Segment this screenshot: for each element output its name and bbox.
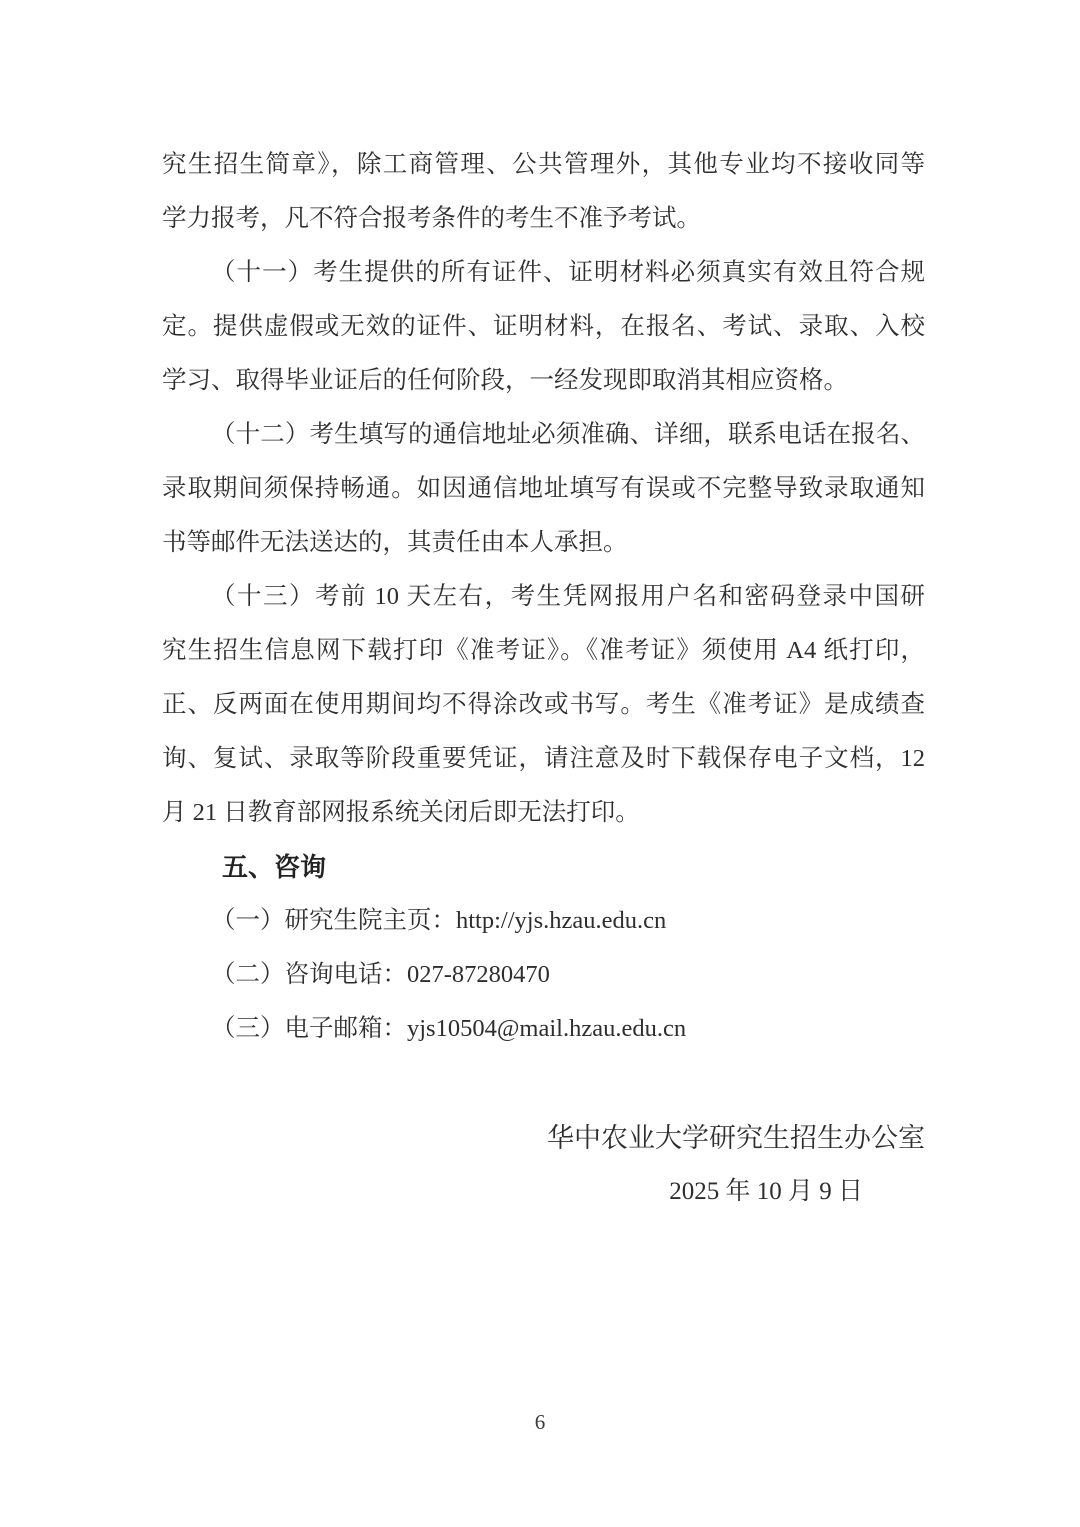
body-line: 录取期间须保持畅通。如因通信地址填写有误或不完整导致录取通知 xyxy=(162,462,925,516)
signature: 华中农业大学研究生招生办公室 xyxy=(162,1111,925,1165)
contact-phone: （二）咨询电话：027-87280470 xyxy=(162,948,925,1002)
document-page: 究生招生简章》，除工商管理、公共管理外，其他专业均不接收同等 学力报考，凡不符合… xyxy=(0,0,1080,1527)
body-line: 月 21 日教育部网报系统关闭后即无法打印。 xyxy=(162,786,925,840)
document-body: 究生招生简章》，除工商管理、公共管理外，其他专业均不接收同等 学力报考，凡不符合… xyxy=(162,138,925,1219)
date-line: 2025 年 10 月 9 日 xyxy=(162,1165,925,1219)
body-line: 学习、取得毕业证后的任何阶段，一经发现即取消其相应资格。 xyxy=(162,354,925,408)
page-number: 6 xyxy=(0,1410,1080,1435)
body-line: 书等邮件无法送达的，其责任由本人承担。 xyxy=(162,516,925,570)
body-line: 正、反两面在使用期间均不得涂改或书写。考生《准考证》是成绩查 xyxy=(162,678,925,732)
blank-space xyxy=(162,1056,925,1111)
section-heading: 五、咨询 xyxy=(162,840,925,894)
paragraph-start-line: （十一）考生提供的所有证件、证明材料必须真实有效且符合规 xyxy=(162,246,925,300)
contact-email: （三）电子邮箱：yjs10504@mail.hzau.edu.cn xyxy=(162,1002,925,1056)
paragraph-start-line: （十三）考前 10 天左右，考生凭网报用户名和密码登录中国研 xyxy=(162,570,925,624)
body-line: 究生招生简章》，除工商管理、公共管理外，其他专业均不接收同等 xyxy=(162,138,925,192)
paragraph-start-line: （十二）考生填写的通信地址必须准确、详细，联系电话在报名、 xyxy=(162,408,925,462)
contact-homepage: （一）研究生院主页：http://yjs.hzau.edu.cn xyxy=(162,894,925,948)
body-line: 学力报考，凡不符合报考条件的考生不准予考试。 xyxy=(162,192,925,246)
body-line: 询、复试、录取等阶段重要凭证，请注意及时下载保存电子文档，12 xyxy=(162,732,925,786)
body-line: 定。提供虚假或无效的证件、证明材料，在报名、考试、录取、入校 xyxy=(162,300,925,354)
body-line: 究生招生信息网下载打印《准考证》。《准考证》须使用 A4 纸打印， xyxy=(162,624,925,678)
